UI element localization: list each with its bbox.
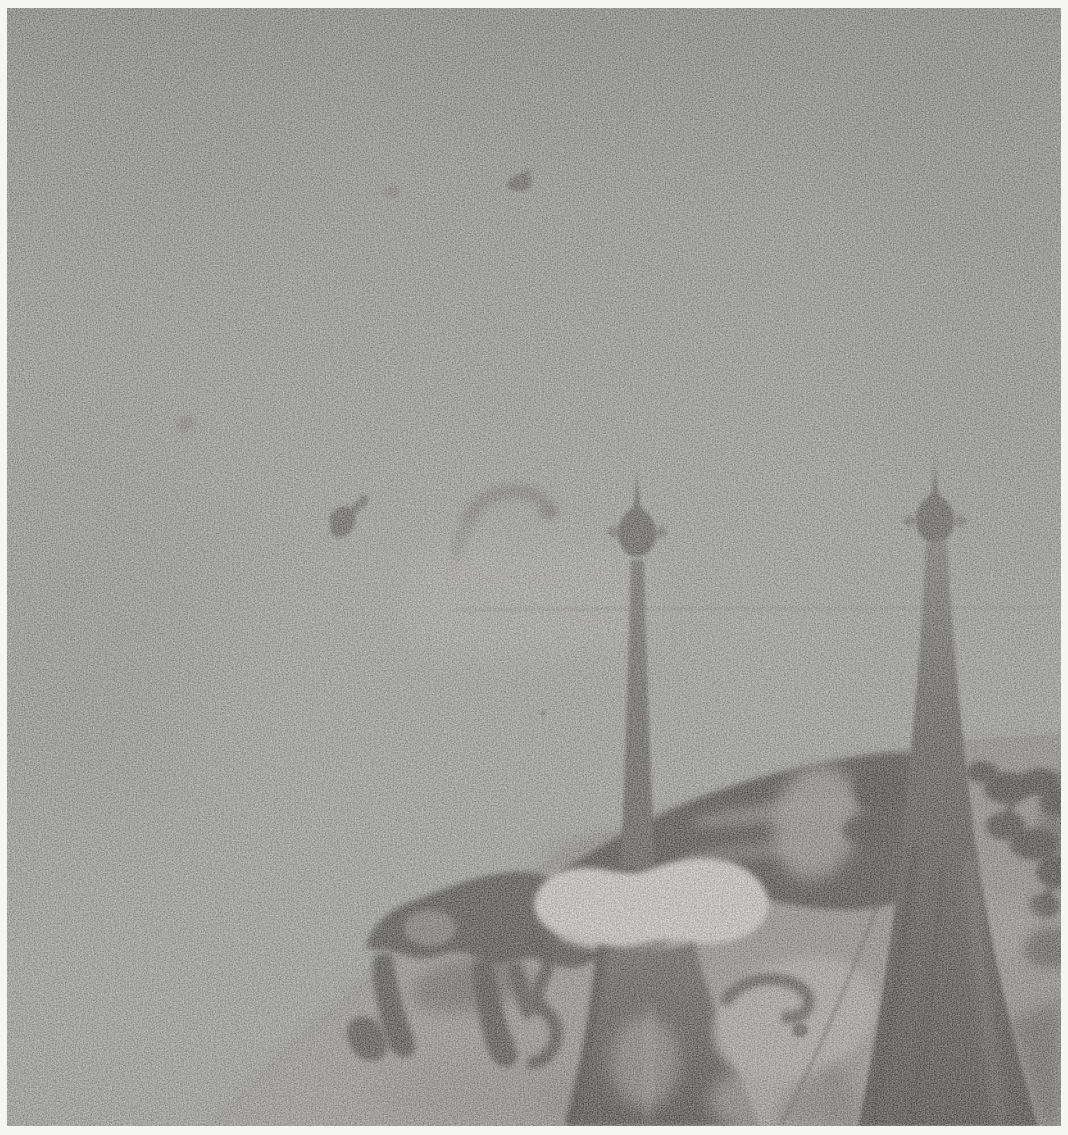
photo-area (0, 0, 1068, 1135)
halftone-photo-of-painting (0, 0, 1068, 1135)
photo-mount (0, 0, 1068, 1135)
print-grain-light (7, 8, 1061, 1126)
